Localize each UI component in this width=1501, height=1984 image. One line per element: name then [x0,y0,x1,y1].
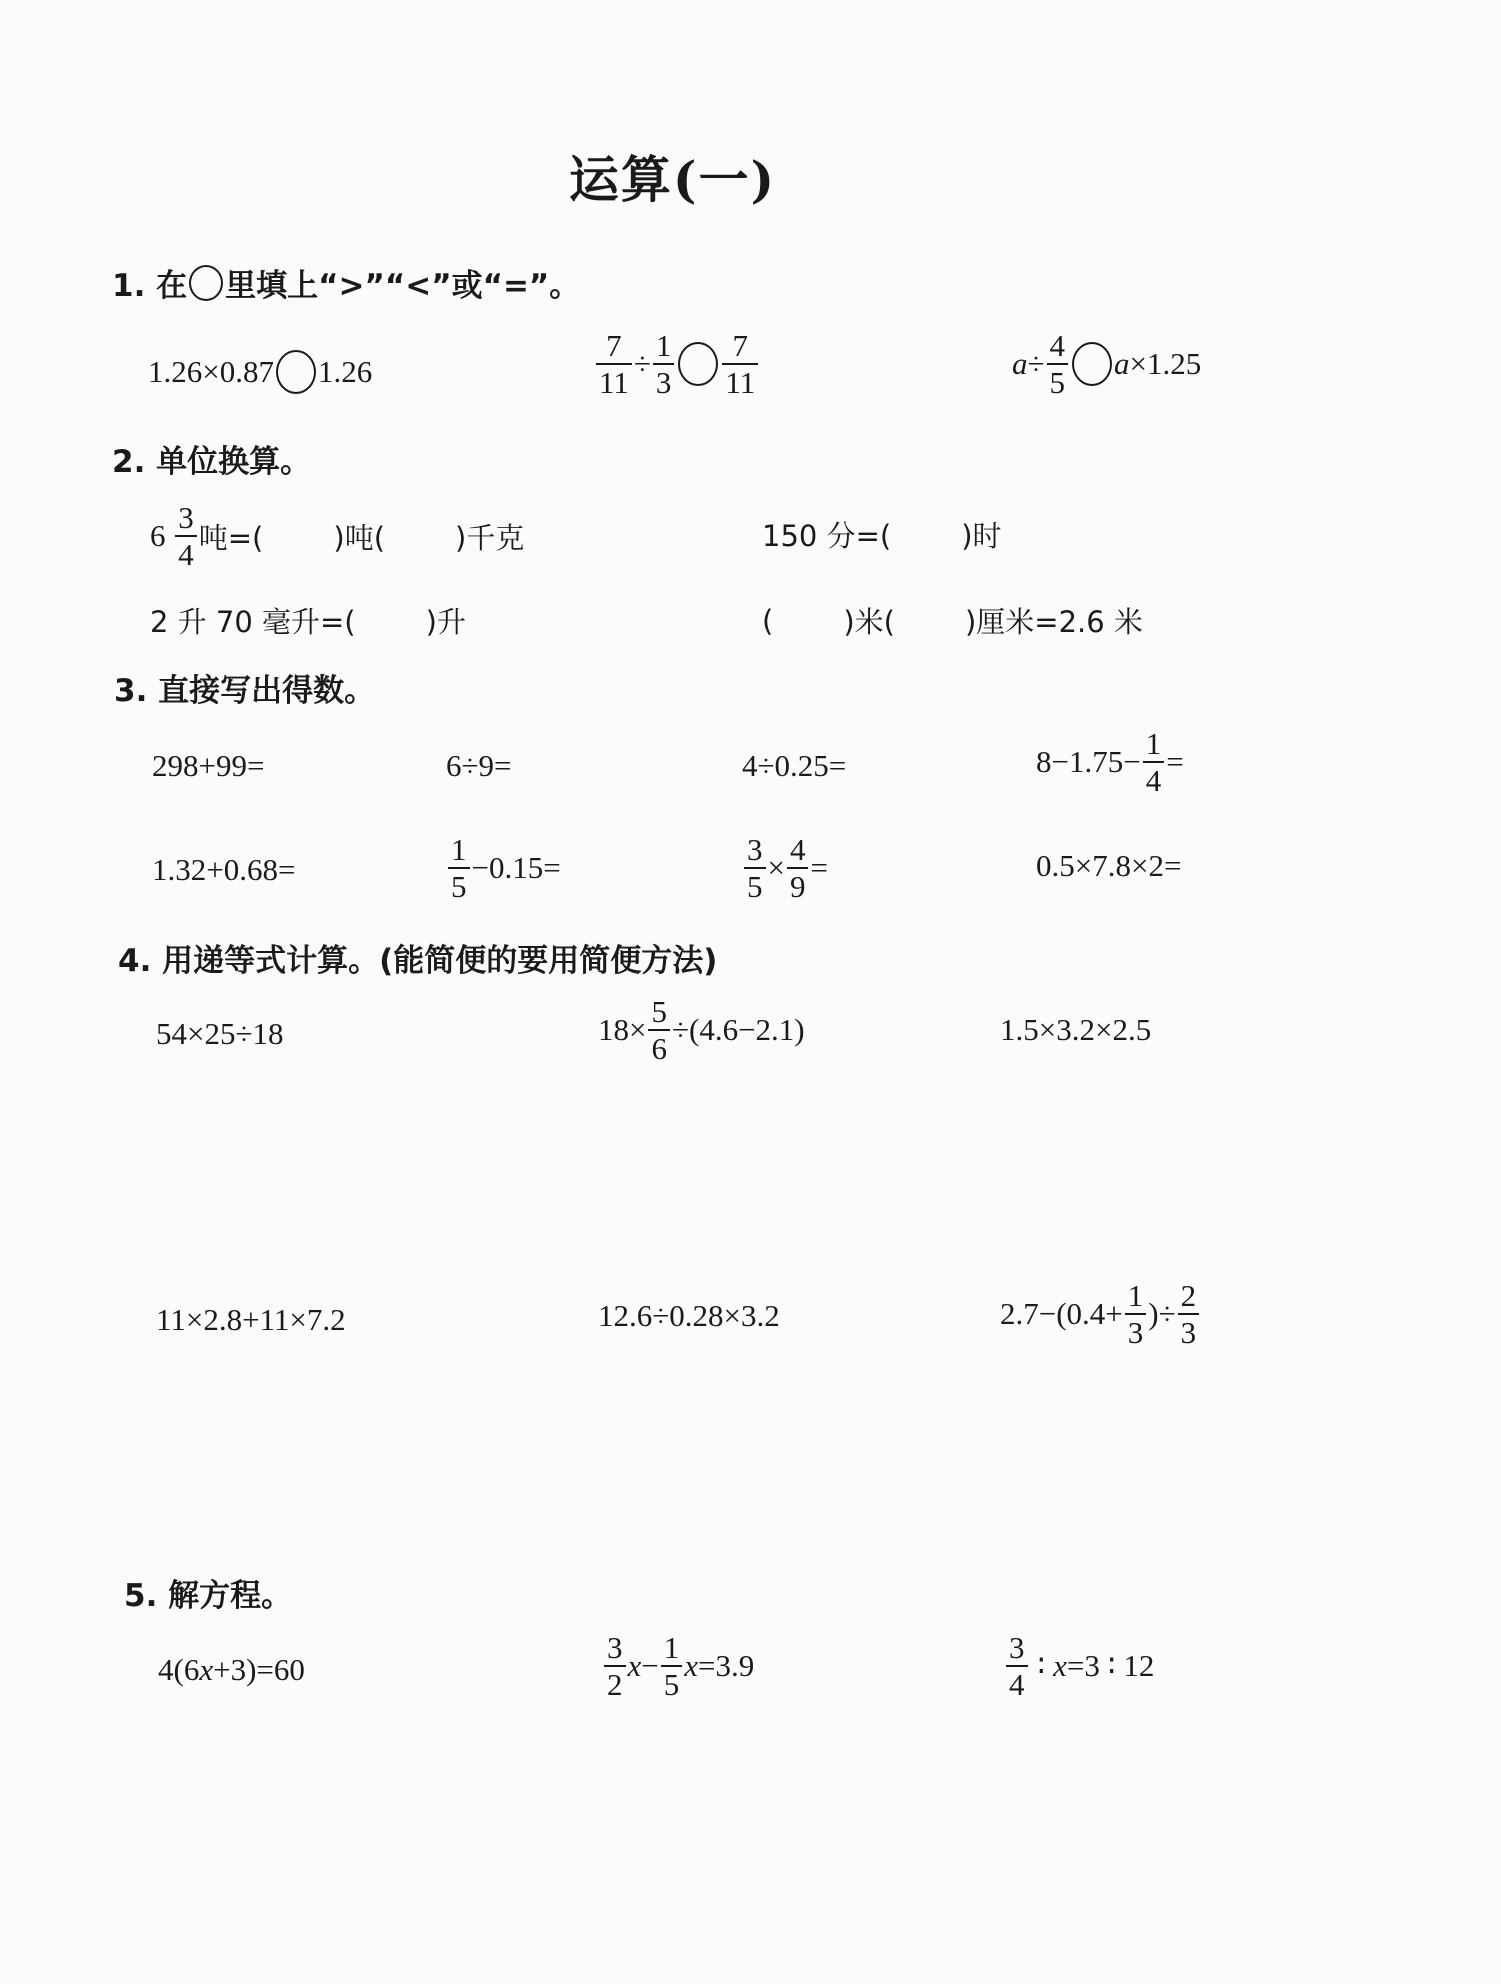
q1-item-3: a ÷ 45 a ×1.25 [1012,330,1201,398]
q5-item-1: 4(6x+3)=60 [158,1652,305,1688]
q3-r1-item-1: 298+99= [152,748,264,784]
question-3-heading: 3. 直接写出得数。 [114,665,375,710]
q3-r1-item-4: 8−1.75− 14 = [1036,728,1184,796]
text: +3)=60 [213,1652,305,1688]
text: 吨=( [199,516,264,557]
page-title: 运算(一) [0,140,1345,212]
q5-item-3: 34 ∶ x =3 ∶ 12 [1004,1632,1154,1700]
operator: ÷ [1028,346,1045,382]
q3-r2-item-3: 35 × 49 = [742,834,828,902]
variable: a [1114,346,1130,382]
q3-r1-item-2: 6÷9= [446,748,512,784]
text: 18× [598,1012,646,1048]
mixed-whole: 6 [150,518,166,554]
fraction: 45 [1047,330,1069,398]
text: 2.7−(0.4+ [1000,1296,1123,1332]
q4-r1-item-2: 18× 56 ÷(4.6−2.1) [598,996,805,1064]
variable: x [628,1648,642,1684]
q4-r1-item-1: 54×25÷18 [156,1016,284,1052]
text: ( [762,604,773,638]
q2-item-3: 2 升 70 毫升=( )升 [150,600,466,641]
fraction: 15 [448,834,470,902]
variable: x [199,1652,213,1688]
text: ÷(4.6−2.1) [672,1012,805,1048]
text: 8−1.75− [1036,744,1141,780]
answer-circle-1[interactable] [276,350,316,394]
question-2-heading: 2. 单位换算。 [112,436,311,481]
text: )厘米=2.6 米 [965,600,1143,641]
fraction: 13 [653,330,675,398]
circle-icon [189,265,223,301]
text: )升 [426,600,466,641]
variable: x [684,1648,698,1684]
q1-heading-suffix: 里填上“>”“<”或“=”。 [225,260,580,305]
variable: x [1053,1648,1067,1684]
question-4-heading: 4. 用递等式计算。(能简便的要用简便方法) [118,935,717,980]
text: 2 升 70 毫升=( [150,600,356,641]
fraction: 56 [648,996,670,1064]
text: 4(6 [158,1652,199,1688]
q3-r2-item-1: 1.32+0.68= [152,852,295,888]
q1-item-1-left: 1.26×0.87 [148,354,274,390]
text: )÷ [1148,1296,1175,1332]
operator: − [641,1648,658,1684]
text: )时 [961,514,1001,555]
q3-r2-item-4: 0.5×7.8×2= [1036,848,1181,884]
text: 150 分=( [762,514,891,555]
fraction: 13 [1125,1280,1147,1348]
text: = [810,850,827,886]
variable: a [1012,346,1028,382]
fraction: 23 [1178,1280,1200,1348]
q1-heading-prefix: 1. 在 [112,260,187,305]
text: = [1166,744,1183,780]
q2-item-1: 6 34 吨=( )吨( )千克 [150,502,524,570]
q1-item-1: 1.26×0.87 1.26 [148,350,372,394]
text: −0.15= [472,850,561,886]
q4-r2-item-1: 11×2.8+11×7.2 [156,1302,346,1338]
question-5-heading: 5. 解方程。 [124,1570,292,1615]
fraction: 15 [661,1632,683,1700]
q1-item-1-right: 1.26 [318,354,372,390]
q2-item-2: 150 分=( )时 [762,514,1002,555]
fraction: 49 [787,834,809,902]
text: )吨( [333,516,385,557]
answer-circle-2[interactable] [678,342,718,386]
fraction: 32 [604,1632,626,1700]
fraction: 34 [1006,1632,1028,1700]
q3-r2-item-2: 15 −0.15= [446,834,561,902]
q4-r2-item-3: 2.7−(0.4+ 13 )÷ 23 [1000,1280,1201,1348]
operator: ÷ [634,346,651,382]
fraction: 711 [596,330,632,398]
fraction: 14 [1143,728,1165,796]
operator: × [768,850,785,886]
q1-item-3-right: ×1.25 [1130,346,1202,382]
text: =3.9 [698,1648,754,1684]
text: )米( [843,600,895,641]
q3-r1-item-3: 4÷0.25= [742,748,846,784]
q5-item-2: 32 x − 15 x =3.9 [602,1632,754,1700]
q4-r1-item-3: 1.5×3.2×2.5 [1000,1012,1151,1048]
text: )千克 [455,516,524,557]
text: =3 ∶ 12 [1067,1648,1155,1684]
q4-r2-item-2: 12.6÷0.28×3.2 [598,1298,780,1334]
ratio-colon: ∶ [1030,1648,1054,1684]
q1-item-2: 711 ÷ 13 711 [594,330,760,398]
q2-item-4: ( )米( )厘米=2.6 米 [762,600,1143,641]
fraction: 34 [175,502,197,570]
fraction: 711 [722,330,758,398]
fraction: 35 [744,834,766,902]
question-1-heading: 1. 在 里填上“>”“<”或“=”。 [112,260,580,305]
answer-circle-3[interactable] [1072,342,1112,386]
